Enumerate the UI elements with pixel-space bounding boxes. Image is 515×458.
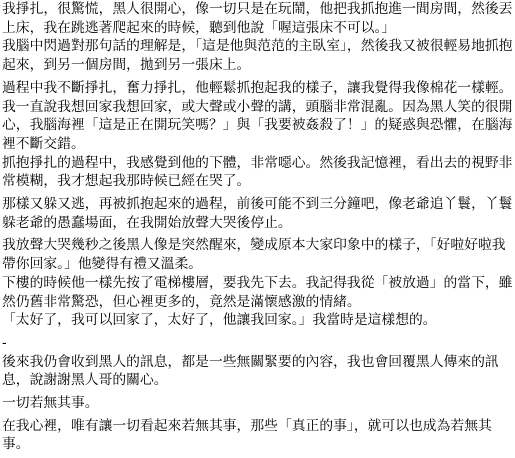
text-line: 我放聲大哭幾秒之後黑人像是突然醒來，變成原本大家印象中的樣子，「好啦好啦我帶你回… [2, 237, 506, 271]
text-line: 我腦中閃過對那句話的理解是，「這是他與范范的主臥室」，然後我又被很輕易地抓抱起來… [2, 38, 512, 72]
paragraph: 過程中我不斷掙扎，奮力掙扎，他輕鬆抓抱起我的樣子，讓我覺得我像棉花一樣輕。我一直… [2, 79, 513, 191]
text-line: 後來我仍會收到黑人的訊息，都是一些無關緊要的內容，我也會回覆黑人傳來的訊息，說謝… [2, 354, 499, 388]
paragraph: 一切若無其事。 [2, 394, 513, 413]
text-line: 在我心裡，唯有讓一切看起來若無其事，那些「真正的事」，就可以也成為若無其事。 [2, 418, 492, 452]
paragraph: 在我心裡，唯有讓一切看起來若無其事，那些「真正的事」，就可以也成為若無其事。 [2, 417, 513, 454]
text-line: 抓抱掙扎的過程中，我感覺到他的下體，非常噁心。然後我記憶裡，看出去的視野非常模糊… [2, 155, 512, 189]
paragraph: -後來我仍會收到黑人的訊息，都是一些無關緊要的內容，我也會回覆黑人傳來的訊息，說… [2, 334, 513, 390]
text-line: 那樣又躲又逃，再被抓抱起來的過程，前後可能不到三分鐘吧，像老爺追丫鬟，丫鬟躲老爺… [2, 196, 512, 230]
paragraph: 那樣又躲又逃，再被抓抱起來的過程，前後可能不到三分鐘吧，像老爺追丫鬟，丫鬟躲老爺… [2, 195, 513, 232]
article-text: 我掙扎，很驚慌，黑人很開心，像一切只是在玩鬧，他把我抓抱進一間房間，然後丟上床，… [0, 0, 515, 454]
text-line: 下樓的時候他一樣先按了電梯樓層，要我先下去。我記得我從「被放過」的當下，雖然仍舊… [2, 275, 512, 309]
text-line: - [2, 335, 7, 350]
text-line: 「太好了，我可以回家了，太好了，他讓我回家。」我當時是這樣想的。 [2, 312, 437, 327]
paragraph: 我放聲大哭幾秒之後黑人像是突然醒來，變成原本大家印象中的樣子，「好啦好啦我帶你回… [2, 236, 513, 330]
text-line: 我掙扎，很驚慌，黑人很開心，像一切只是在玩鬧，他把我抓抱進一間房間，然後丟上床，… [2, 1, 512, 35]
text-line: 一切若無其事。 [2, 395, 99, 410]
paragraph: 我掙扎，很驚慌，黑人很開心，像一切只是在玩鬧，他把我抓抱進一間房間，然後丟上床，… [2, 0, 513, 75]
text-line: 過程中我不斷掙扎，奮力掙扎，他輕鬆抓抱起我的樣子，讓我覺得我像棉花一樣輕。我一直… [2, 80, 512, 151]
